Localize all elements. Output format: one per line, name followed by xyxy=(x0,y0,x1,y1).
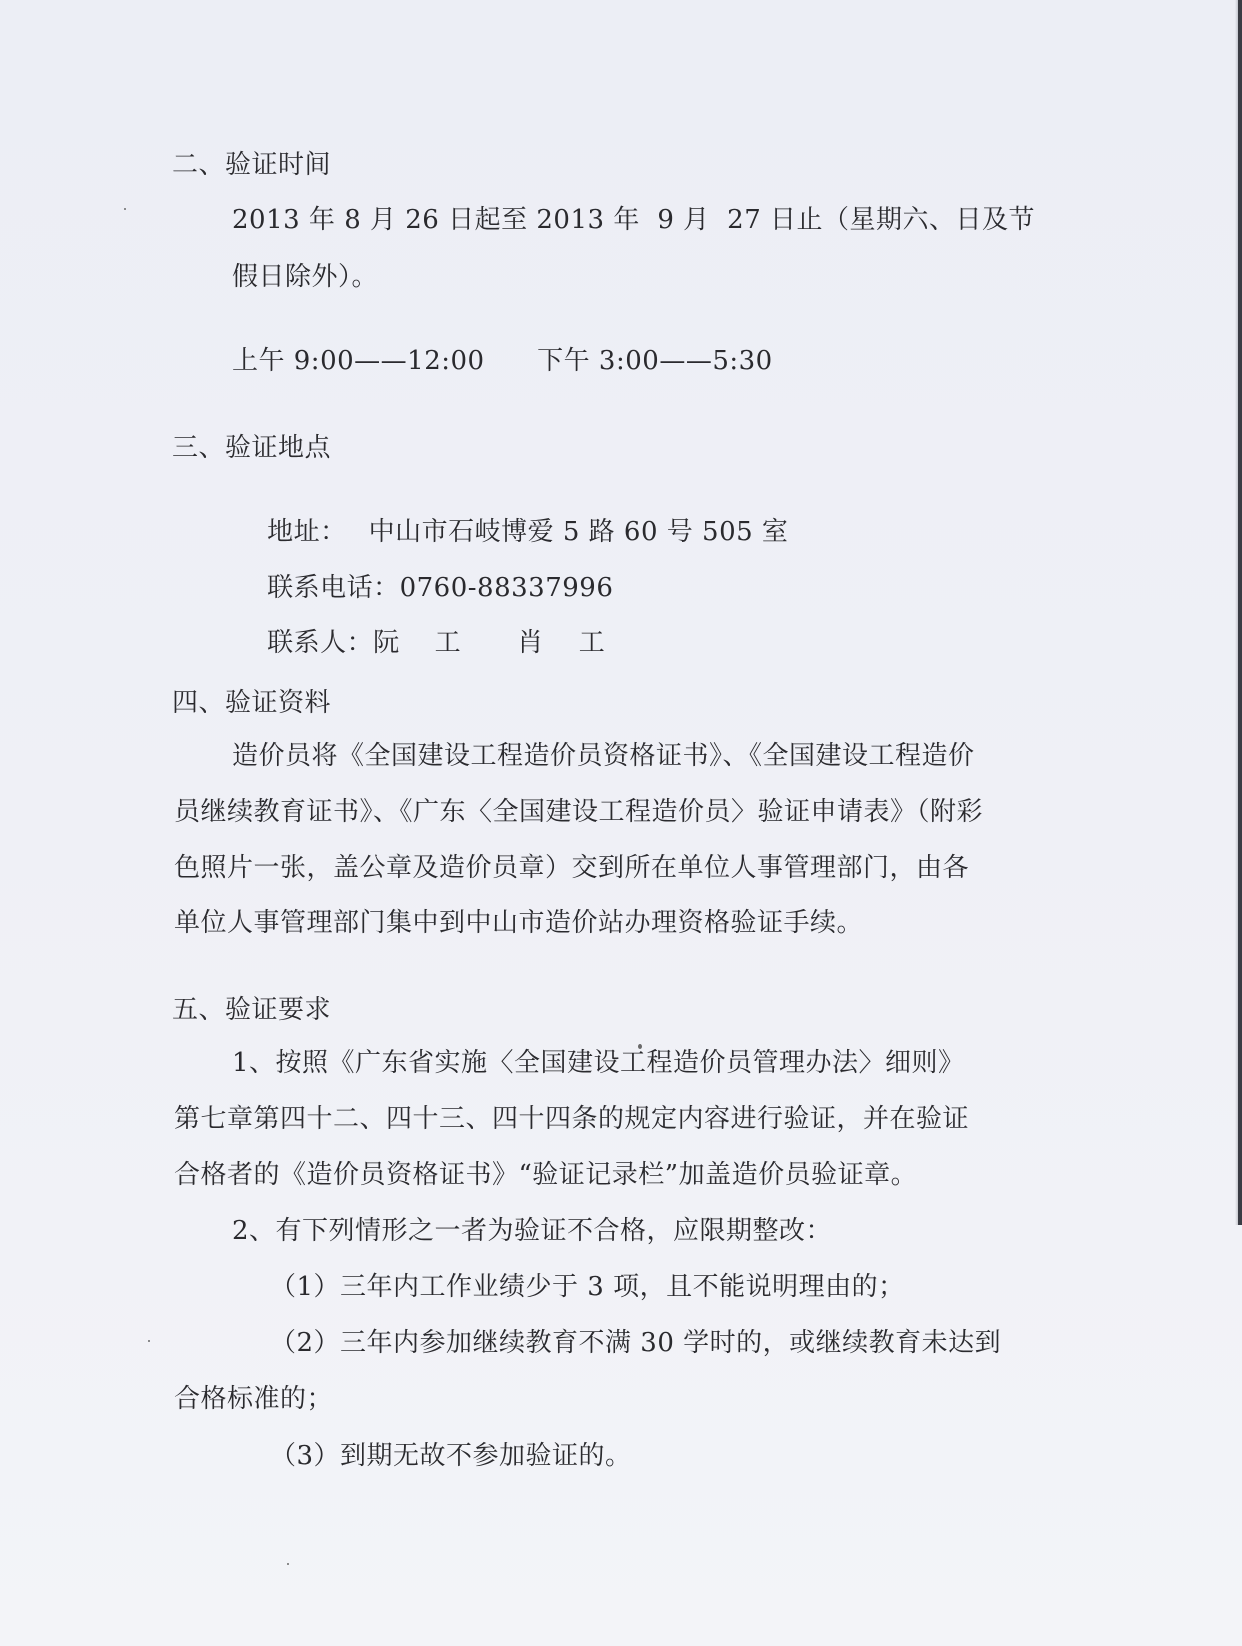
materials-line-3: 色照片一张，盖公章及造价员章）交到所在单位人事管理部门，由各 xyxy=(174,853,969,883)
office-hours: 上午 9:00——12:00 下午 3:00——5:30 xyxy=(232,346,773,376)
contact-person-1: 阮 工 xyxy=(373,628,461,658)
requirement-2-item-3: （3）到期无故不参加验证的。 xyxy=(270,1441,632,1471)
contact-person-2: 肖 工 xyxy=(517,628,605,658)
materials-line-2: 员继续教育证书》、《广东〈全国建设工程造价员〉验证申请表》（附彩 xyxy=(174,797,983,827)
section-heading-location: 三、验证地点 xyxy=(172,433,331,463)
section-heading-materials: 四、验证资料 xyxy=(172,688,331,718)
scan-speck xyxy=(638,1044,642,1049)
section-heading-time: 二、验证时间 xyxy=(172,150,331,180)
scan-speck xyxy=(148,1340,150,1342)
date-range-line-2: 假日除外）。 xyxy=(232,262,378,292)
requirement-2-item-1: （1）三年内工作业绩少于 3 项，且不能说明理由的； xyxy=(270,1272,905,1302)
section-heading-requirements: 五、验证要求 xyxy=(172,995,331,1025)
contact-line: 联系人：阮 工肖 工 xyxy=(232,598,605,688)
scanned-page: 二、验证时间 2013 年 8 月 26 日起至 2013 年 9 月 27 日… xyxy=(0,0,1242,1646)
scan-edge xyxy=(1238,0,1242,1225)
date-range-line-1: 2013 年 8 月 26 日起至 2013 年 9 月 27 日止（星期六、日… xyxy=(232,205,1035,235)
scan-speck xyxy=(124,208,126,210)
requirement-1-line-2: 第七章第四十二、四十三、四十四条的规定内容进行验证，并在验证 xyxy=(174,1104,969,1134)
contact-label: 联系人： xyxy=(267,628,373,658)
requirement-2-item-2-line-1: （2）三年内参加继续教育不满 30 学时的，或继续教育未达到 xyxy=(270,1328,1001,1358)
requirement-2-intro: 2、有下列情形之一者为验证不合格，应限期整改： xyxy=(232,1216,832,1246)
scan-speck xyxy=(287,1563,289,1565)
materials-line-1: 造价员将《全国建设工程造价员资格证书》、《全国建设工程造价 xyxy=(232,741,975,771)
requirement-1-line-3: 合格者的《造价员资格证书》“验证记录栏”加盖造价员验证章。 xyxy=(174,1160,917,1190)
requirement-2-item-2-line-2: 合格标准的； xyxy=(174,1384,333,1414)
materials-line-4: 单位人事管理部门集中到中山市造价站办理资格验证手续。 xyxy=(174,908,863,938)
requirement-1-line-1: 1、按照《广东省实施〈全国建设工程造价员管理办法〉细则》 xyxy=(232,1048,965,1078)
